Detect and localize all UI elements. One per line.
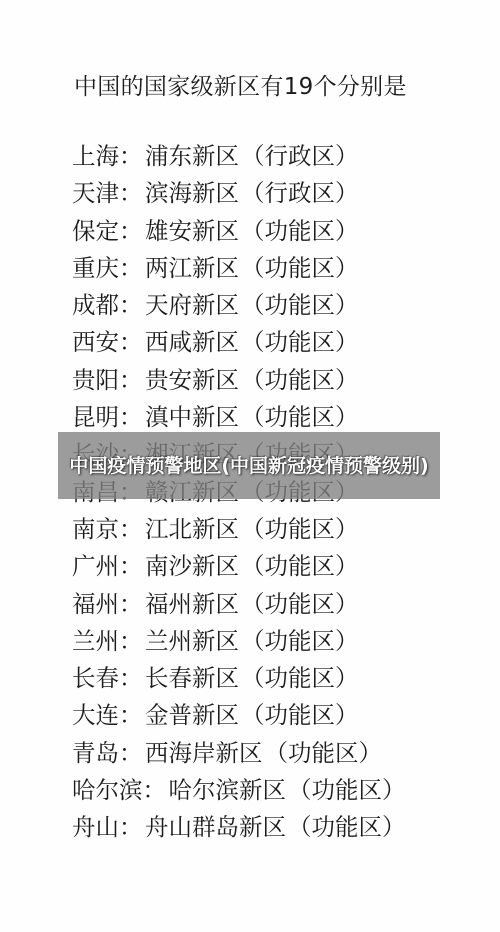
new-area-name: 西海岸新区: [145, 735, 263, 772]
new-area-name: 滨海新区: [145, 175, 239, 212]
new-area-name: 浦东新区: [145, 138, 239, 175]
new-area-name: 舟山群岛新区: [145, 809, 286, 846]
list-item: 哈尔滨：哈尔滨新区（功能区）: [72, 772, 406, 809]
new-area-name: 哈尔滨新区: [169, 772, 287, 809]
caption-overlay-banner: 中国疫情预警地区(中国新冠疫情预警级别): [58, 432, 440, 499]
area-type: （功能区）: [241, 511, 359, 548]
area-type: （功能区）: [241, 697, 359, 734]
city-name: 成都: [72, 287, 119, 324]
list-item: 贵阳：贵安新区（功能区）: [72, 362, 406, 399]
list-item: 昆明：滇中新区（功能区）: [72, 399, 406, 436]
separator: ：: [119, 511, 145, 548]
list-item: 天津：滨海新区（行政区）: [72, 175, 406, 212]
new-area-name: 天府新区: [145, 287, 239, 324]
list-item: 兰州：兰州新区（功能区）: [72, 623, 406, 660]
area-type: （功能区）: [241, 548, 359, 585]
new-area-name: 金普新区: [145, 697, 239, 734]
area-type: （功能区）: [241, 213, 359, 250]
separator: ：: [119, 287, 145, 324]
area-type: （功能区）: [288, 772, 406, 809]
new-area-name: 兰州新区: [145, 623, 239, 660]
area-type: （功能区）: [288, 809, 406, 846]
separator: ：: [119, 623, 145, 660]
area-type: （行政区）: [241, 175, 359, 212]
new-area-name: 滇中新区: [145, 399, 239, 436]
separator: ：: [119, 175, 145, 212]
list-item: 大连：金普新区（功能区）: [72, 697, 406, 734]
city-name: 贵阳: [72, 362, 119, 399]
new-area-name: 福州新区: [145, 586, 239, 623]
list-item: 成都：天府新区（功能区）: [72, 287, 406, 324]
city-name: 西安: [72, 324, 119, 361]
area-type: （功能区）: [265, 735, 383, 772]
separator: ：: [119, 697, 145, 734]
separator: ：: [119, 324, 145, 361]
area-type: （功能区）: [241, 660, 359, 697]
city-name: 南京: [72, 511, 119, 548]
list-item: 保定：雄安新区（功能区）: [72, 213, 406, 250]
area-type: （功能区）: [241, 324, 359, 361]
separator: ：: [119, 735, 145, 772]
separator: ：: [119, 250, 145, 287]
city-name: 大连: [72, 697, 119, 734]
separator: ：: [119, 809, 145, 846]
city-name: 长春: [72, 660, 119, 697]
list-item: 长春：长春新区（功能区）: [72, 660, 406, 697]
list-item: 上海：浦东新区（行政区）: [72, 138, 406, 175]
area-type: （功能区）: [241, 362, 359, 399]
new-area-name: 江北新区: [145, 511, 239, 548]
city-name: 舟山: [72, 809, 119, 846]
separator: ：: [119, 548, 145, 585]
list-item: 南京：江北新区（功能区）: [72, 511, 406, 548]
area-type: （功能区）: [241, 623, 359, 660]
city-name: 天津: [72, 175, 119, 212]
new-area-name: 长春新区: [145, 660, 239, 697]
list-item: 福州：福州新区（功能区）: [72, 586, 406, 623]
new-area-name: 贵安新区: [145, 362, 239, 399]
city-name: 重庆: [72, 250, 119, 287]
separator: ：: [119, 213, 145, 250]
city-name: 福州: [72, 586, 119, 623]
separator: ：: [143, 772, 169, 809]
area-type: （功能区）: [241, 399, 359, 436]
list-item: 舟山：舟山群岛新区（功能区）: [72, 809, 406, 846]
city-name: 昆明: [72, 399, 119, 436]
list-item: 重庆：两江新区（功能区）: [72, 250, 406, 287]
city-name: 广州: [72, 548, 119, 585]
area-type: （行政区）: [241, 138, 359, 175]
separator: ：: [119, 399, 145, 436]
list-item: 西安：西咸新区（功能区）: [72, 324, 406, 361]
city-name: 哈尔滨: [72, 772, 143, 809]
new-area-name: 雄安新区: [145, 213, 239, 250]
list-item: 广州：南沙新区（功能区）: [72, 548, 406, 585]
document-title: 中国的国家级新区有19个分别是: [74, 70, 407, 104]
new-area-name: 南沙新区: [145, 548, 239, 585]
city-name: 兰州: [72, 623, 119, 660]
area-type: （功能区）: [241, 250, 359, 287]
separator: ：: [119, 586, 145, 623]
area-type: （功能区）: [241, 287, 359, 324]
new-area-name: 两江新区: [145, 250, 239, 287]
city-name: 保定: [72, 213, 119, 250]
separator: ：: [119, 660, 145, 697]
separator: ：: [119, 362, 145, 399]
new-area-name: 西咸新区: [145, 324, 239, 361]
city-name: 青岛: [72, 735, 119, 772]
separator: ：: [119, 138, 145, 175]
area-type: （功能区）: [241, 586, 359, 623]
caption-overlay-text: 中国疫情预警地区(中国新冠疫情预警级别): [61, 454, 436, 478]
city-name: 上海: [72, 138, 119, 175]
list-item: 青岛：西海岸新区（功能区）: [72, 735, 406, 772]
